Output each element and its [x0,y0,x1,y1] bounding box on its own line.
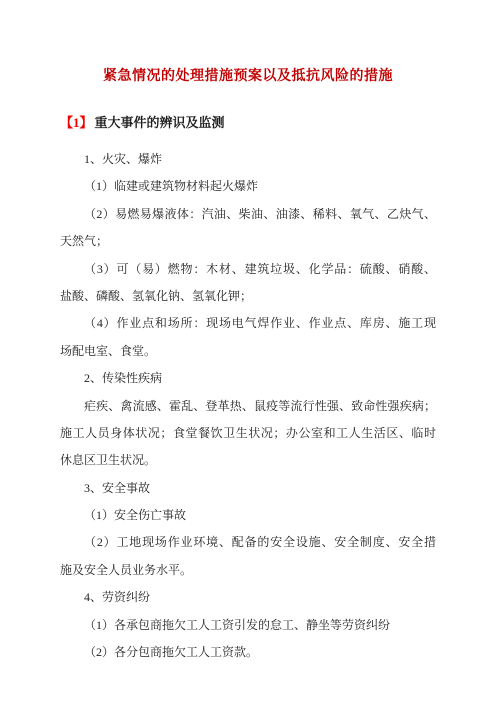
text-line: （4）作业点和场所：现场电气焊作业、作业点、库房、施工现 [60,310,436,337]
text-line: 1、火灾、爆炸 [60,146,436,173]
text-line: （2）易燃易爆液体：汽油、柴油、油漆、稀料、氧气、乙炔气、 [60,201,436,228]
text-line: 天然气； [60,228,436,255]
text-line: 4、劳资纠纷 [60,584,436,611]
text-line: 施工人员身体状况；食堂餐饮卫生状况；办公室和工人生活区、临时 [60,420,436,447]
text-line: （1）各承包商拖欠工人工资引发的怠工、静坐等劳资纠纷 [60,612,436,639]
text-line: （1）安全伤亡事故 [60,502,436,529]
text-line: 施及安全人员业务水平。 [60,557,436,584]
text-line: 3、安全事故 [60,475,436,502]
text-line: 盐酸、磷酸、氢氧化钠、氢氧化钾； [60,283,436,310]
document-title: 紧急情况的处理措施预案以及抵抗风险的措施 [60,66,436,88]
text-line: 2、传染性疾病 [60,365,436,392]
text-line: （2）各分包商拖欠工人工资款。 [60,639,436,666]
section-heading: 【1】重大事件的辨识及监测 [60,114,436,132]
section-heading-text: 重大事件的辨识及监测 [95,115,225,130]
text-line: 休息区卫生状况。 [60,447,436,474]
section-number: 【1】 [60,115,93,130]
text-line: 场配电室、食堂。 [60,338,436,365]
text-line: （2）工地现场作业环境、配备的安全设施、安全制度、安全措 [60,529,436,556]
text-line: 疟疾、禽流感、霍乱、登革热、鼠疫等流行性强、致命性强疾病； [60,393,436,420]
text-line: （3）可（易）燃物：木材、建筑垃圾、化学品：硫酸、硝酸、 [60,256,436,283]
text-line: （1）临建或建筑物材料起火爆炸 [60,173,436,200]
document-page: 紧急情况的处理措施预案以及抵抗风险的措施 【1】重大事件的辨识及监测 1、火灾、… [0,0,496,702]
document-body: 1、火灾、爆炸 （1）临建或建筑物材料起火爆炸 （2）易燃易爆液体：汽油、柴油、… [60,146,436,666]
